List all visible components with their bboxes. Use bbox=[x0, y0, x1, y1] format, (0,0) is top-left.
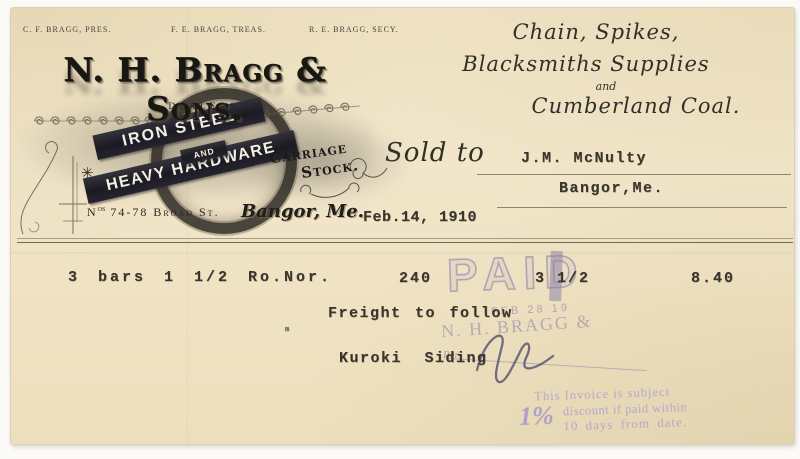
customer-name: J.M. McNulty bbox=[521, 150, 647, 167]
officer-secretary: R. E. BRAGG, SECY. bbox=[309, 25, 399, 34]
street-address: Nos 74-78 Broad St. bbox=[87, 204, 220, 220]
address-n: N bbox=[87, 205, 98, 219]
siding-note-text: Kuroki Siding bbox=[339, 350, 488, 367]
item-price: 3 1/2 bbox=[535, 270, 590, 287]
sold-to-name-line bbox=[477, 174, 791, 175]
item-description: 3 bars 1 1/2 Ro.Nor. bbox=[68, 269, 332, 286]
flourish-curl bbox=[299, 180, 369, 200]
dealers-in-label: DEALERS IN bbox=[106, 102, 326, 112]
services-line-2: Blacksmiths Supplies bbox=[421, 52, 751, 76]
item-amount: 8.40 bbox=[691, 270, 735, 287]
discount-stamp: This Invoice is subject 1% discount if p… bbox=[518, 380, 750, 445]
address-rest: 74-78 Broad St. bbox=[105, 205, 219, 219]
services-line-3: and bbox=[491, 80, 721, 93]
services-line-1: Chain, Spikes, bbox=[451, 20, 741, 44]
customer-city: Bangor,Me. bbox=[559, 180, 664, 197]
siding-note: Kuroki Siding m bbox=[249, 333, 488, 401]
sold-to-city-line bbox=[497, 207, 787, 208]
officer-treasurer: F. E. BRAGG, TREAS. bbox=[171, 25, 266, 34]
city-printed: Bangor, Me. bbox=[241, 201, 364, 222]
invoice-paper: C. F. BRAGG, PRES. F. E. BRAGG, TREAS. R… bbox=[10, 7, 795, 445]
services-line-4: Cumberland Coal. bbox=[481, 94, 791, 118]
discount-stamp-line-3: 10 days from date. bbox=[563, 414, 687, 434]
invoice-date: Feb.14, 1910 bbox=[363, 209, 477, 226]
discount-stamp-percent: 1% bbox=[519, 401, 555, 432]
typewriter-correction-mark: m bbox=[285, 326, 289, 334]
header-divider-rule bbox=[17, 238, 793, 243]
freight-note: Freight to follow bbox=[328, 305, 513, 322]
item-weight: 240 bbox=[399, 270, 432, 287]
officer-president: C. F. BRAGG, PRES. bbox=[23, 25, 111, 34]
company-name: N. H. Bragg & Sons. bbox=[19, 50, 371, 128]
